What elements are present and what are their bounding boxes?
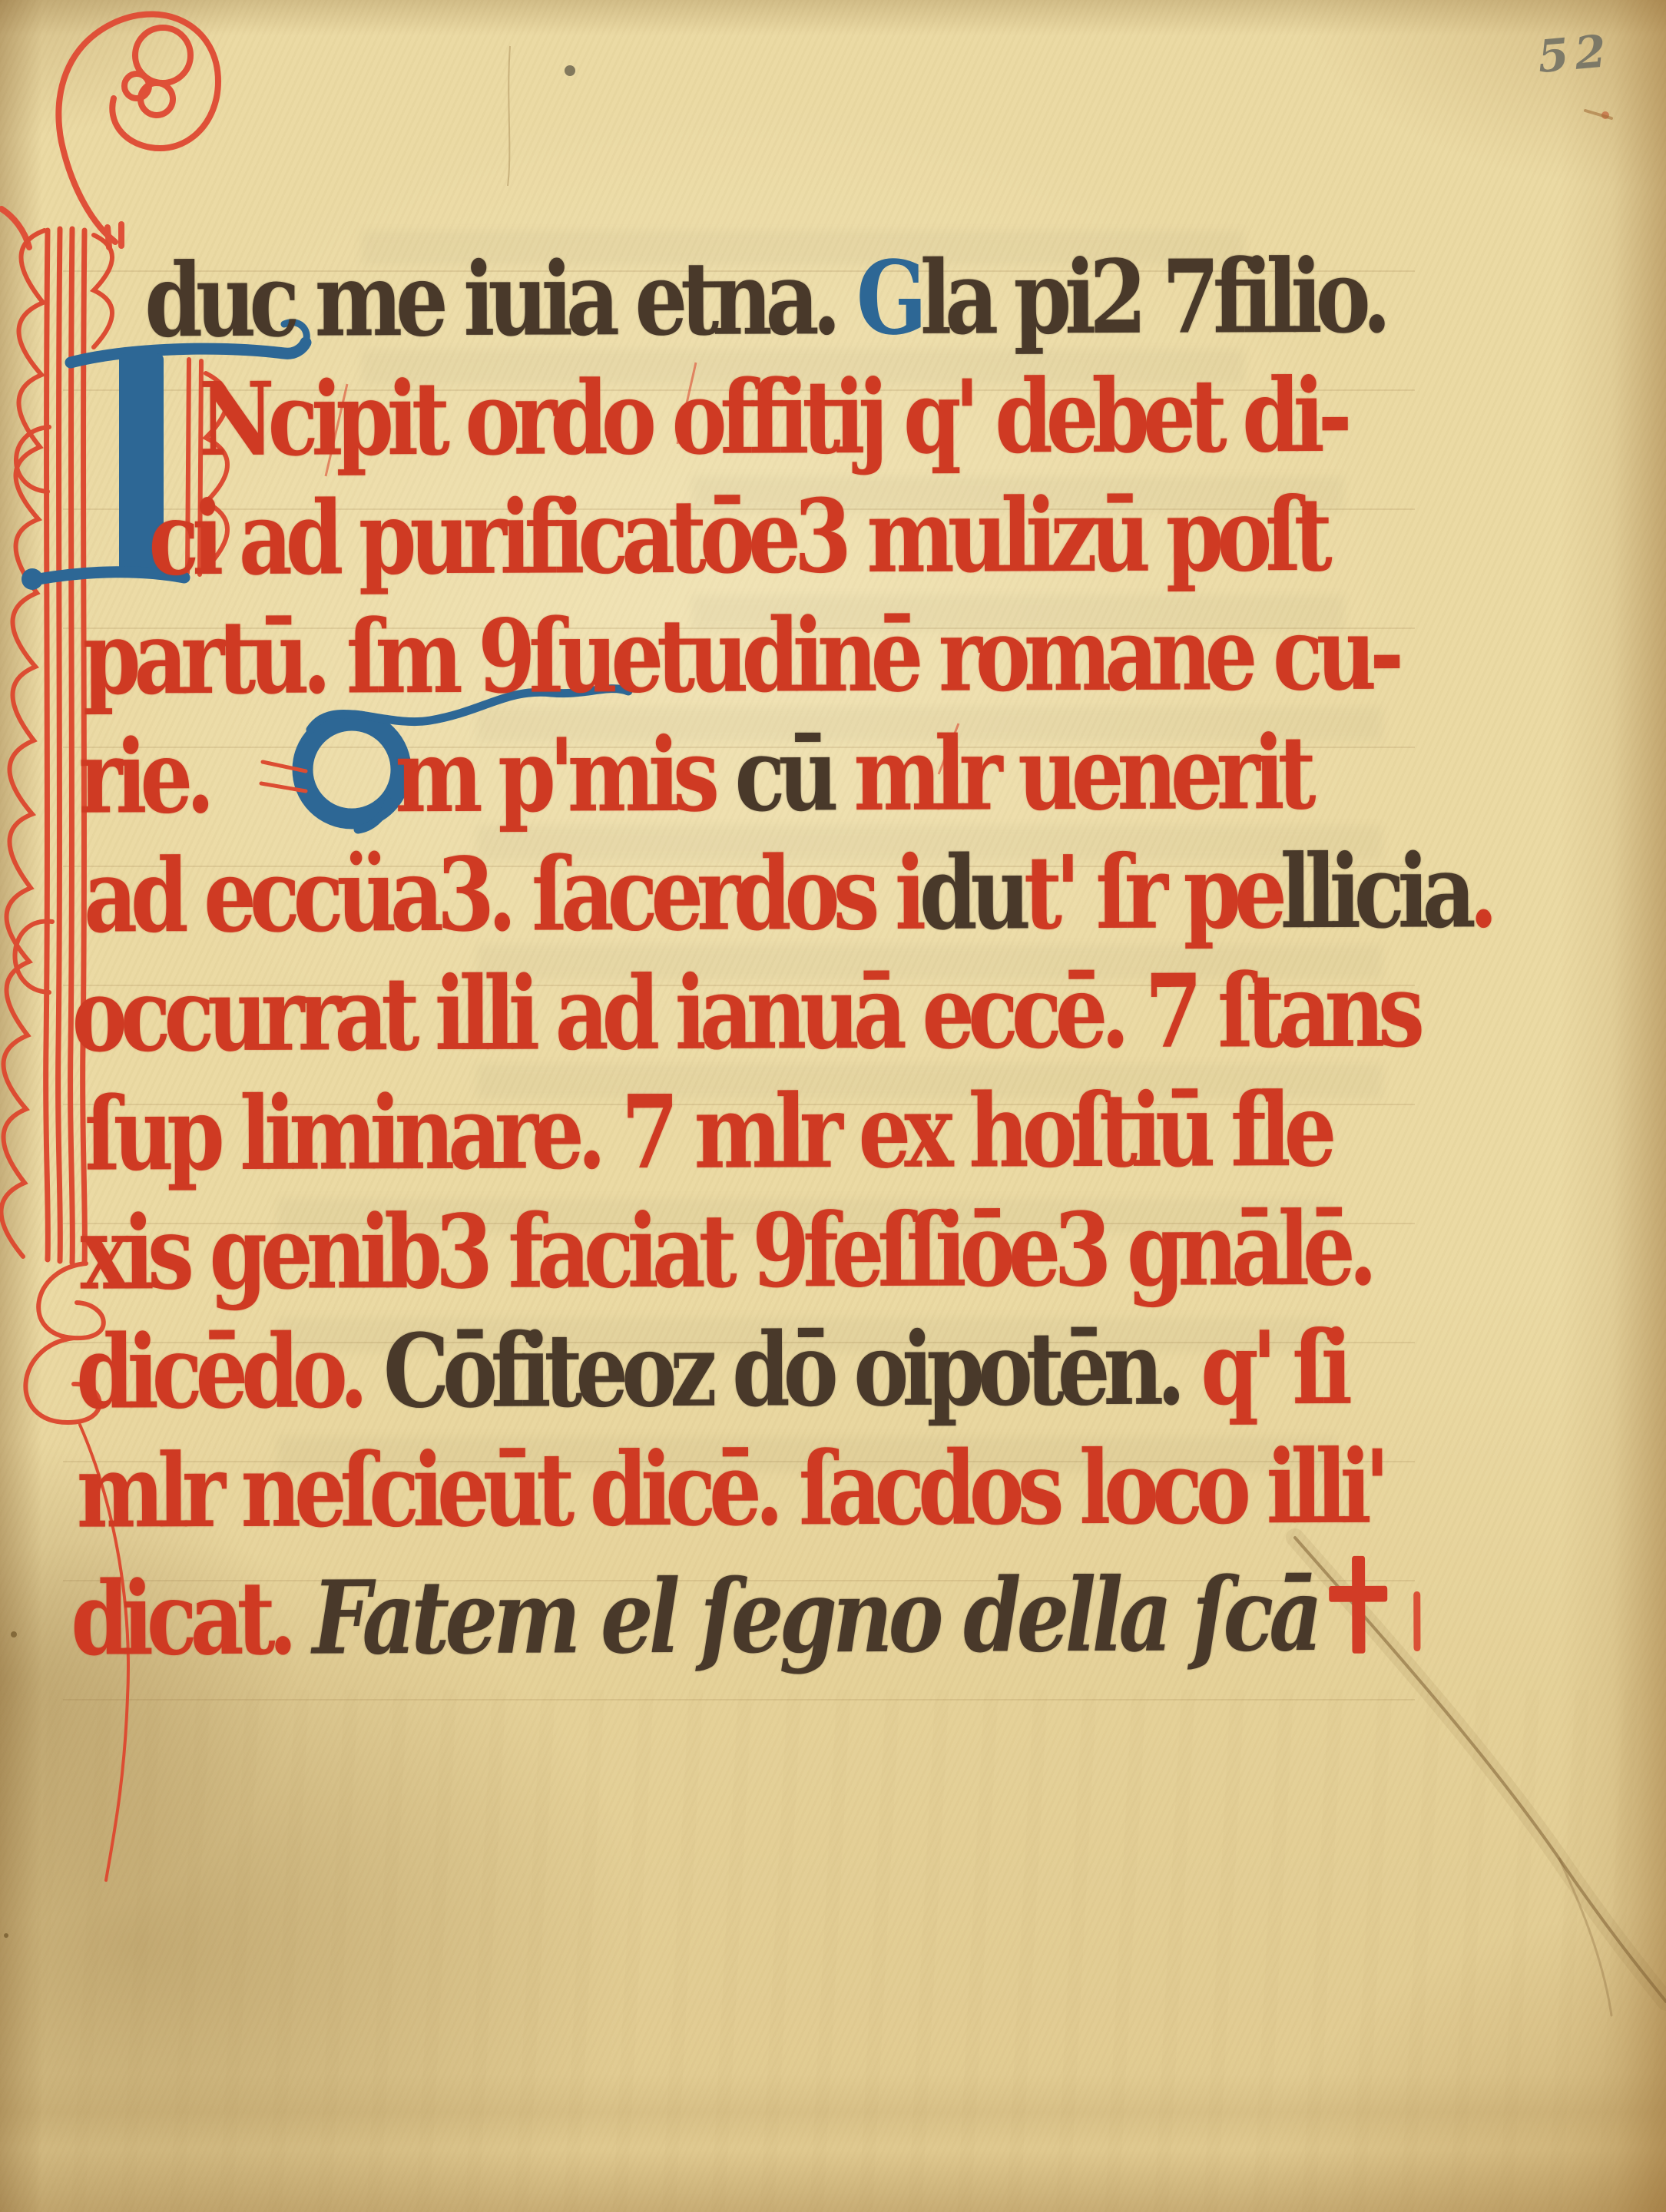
red-tick-mark: [1413, 1591, 1420, 1651]
text-segment-red: .: [1469, 833, 1491, 951]
manuscript-page: duc me iuia etna. Gla pi2 7filio. Ncipit…: [0, 0, 1666, 2212]
text-segment-red: occurrat illi ad ianuā eccē. 7 ſtans: [71, 952, 1418, 1075]
text-segment-red: Ncipit ordo offitij q' debet di-: [199, 357, 1346, 479]
versal-letter-G: G: [856, 240, 921, 358]
text-segment-red: xis genib3 faciat 9feſſiōe3 gnālē.: [80, 1190, 1370, 1313]
text-segment-dark: la pi2 7filio.: [920, 238, 1385, 358]
text-segment-red: dicat.: [71, 1560, 313, 1679]
text-segment-red: m p'mis: [395, 717, 735, 836]
text-segment-red: ſup liminare. 7 mlr ex hoſtiū fle: [84, 1071, 1330, 1194]
text-segment-red: t' ſr pe: [1024, 833, 1280, 952]
text-block: duc me iuia etna. Gla pi2 7filio. Ncipit…: [0, 0, 1666, 2212]
text-line: dicēdo. Cōfiteoz dō oipotēn. q' ſi: [76, 1318, 1346, 1424]
text-line: xis genib3 faciat 9feſſiōe3 gnālē.: [80, 1199, 1370, 1305]
text-segment-red: rie.: [78, 718, 230, 836]
folio-number: 52: [1535, 25, 1614, 83]
text-segment-dark: llicia: [1280, 833, 1469, 952]
text-segment-dark-cursive: Fatem el ſegno della ſcā: [312, 1556, 1318, 1677]
cross-icon: [1329, 1556, 1390, 1656]
text-line: partū. ſm 9ſuetudinē romane cu-: [83, 604, 1398, 710]
text-line: ci ad purificatōe3 mulizū poſt: [148, 485, 1326, 590]
text-segment-red: q' ſi: [1201, 1310, 1346, 1428]
text-segment-red: mlr neſcieūt dicē. ſacdos loco illi': [76, 1429, 1383, 1551]
text-line: rie. m p'mis cū mlr uenerit: [78, 723, 1309, 828]
text-segment-red: mlr uenerit: [853, 714, 1310, 834]
text-segment-dark: duc me iuia etna.: [144, 240, 856, 360]
initial-gap: [230, 811, 396, 812]
text-line: occurrat illi ad ianuā eccē. 7 ſtans: [71, 961, 1418, 1067]
text-line: Ncipit ordo offitij q' debet di-: [199, 366, 1346, 471]
text-segment-red: dicēdo.: [76, 1313, 383, 1432]
text-segment-dark: du: [919, 834, 1025, 952]
text-line: dicat. Fatem el ſegno della ſcā: [71, 1556, 1420, 1662]
text-segment-red: partū. ſm 9ſuetudinē romane cu-: [83, 595, 1398, 718]
text-line: ſup liminare. 7 mlr ex hoſtiū fle: [84, 1080, 1330, 1185]
text-segment-dark: Cōfiteoz dō oipotēn.: [383, 1310, 1201, 1431]
text-line: ad eccüa3. ſacerdos idut' ſr pellicia.: [84, 841, 1492, 947]
text-segment-red: ci ad purificatōe3 mulizū poſt: [148, 476, 1326, 598]
text-segment-dark: cū: [734, 716, 853, 834]
text-line: mlr neſcieūt dicē. ſacdos loco illi': [77, 1437, 1383, 1543]
text-segment-red: ad eccüa3. ſacerdos i: [84, 835, 919, 956]
text-line: duc me iuia etna. Gla pi2 7filio.: [144, 247, 1384, 352]
